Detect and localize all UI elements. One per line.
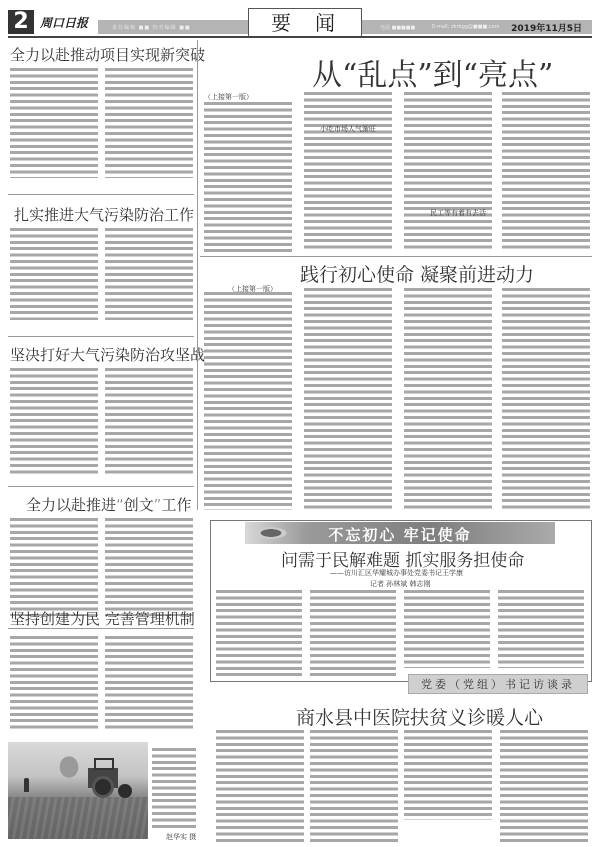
masthead-rule [8, 36, 592, 38]
headline-civilization-work[interactable]: 全力以赴推进“创文”工作 [26, 494, 192, 515]
headline-air-pollution-battle[interactable]: 坚决打好大气污染防治攻坚战 [10, 344, 205, 365]
article-body-column [216, 590, 302, 678]
article-body-column [10, 68, 98, 178]
headline-tcm-hospital[interactable]: 商水县中医院扶贫义诊暖人心 [296, 703, 543, 730]
subhead: 小吃市场人气渐旺 [320, 124, 376, 134]
subhead: 民工等有着有去活 [430, 208, 486, 218]
paper-name: 周口日报 [40, 14, 88, 31]
article-body-column [404, 288, 492, 510]
banner-text: 不忘初心 牢记使命 [245, 524, 555, 545]
column-divider [197, 40, 198, 510]
email: E-mail: zkrbgg@■■■.com [432, 24, 500, 30]
editors-bar: 责任编辑 ■■ 校对编辑 ■■ [98, 20, 248, 34]
edit-phone: 电话 ■■■■■ [380, 24, 415, 31]
article-body-column [404, 590, 490, 668]
article-body-column [310, 590, 396, 678]
divider [8, 486, 194, 487]
masthead: 2 周口日报 责任编辑 ■■ 校对编辑 ■■ 要闻 电话 ■■■■■ E-mai… [8, 8, 592, 36]
headline-chaos-to-highlight[interactable]: 从“乱点”到“亮点” [312, 50, 553, 94]
article-body-column [498, 590, 584, 668]
article-body-column [10, 368, 98, 476]
photo-caption [152, 748, 196, 830]
editors-line: 责任编辑 ■■ 校对编辑 ■■ [112, 24, 191, 31]
headline-original-mission[interactable]: 践行初心使命 凝聚前进动力 [300, 260, 534, 287]
continued-note: （上接第一版） [204, 92, 253, 102]
article-body-column [10, 228, 98, 320]
article-body-column [304, 288, 392, 510]
wheel-icon [118, 784, 132, 798]
article-body-column [204, 292, 292, 510]
divider [200, 256, 592, 257]
article-body-column [216, 730, 304, 842]
article-body-column [502, 288, 590, 510]
person-icon [24, 778, 29, 792]
article-body-column [404, 92, 492, 252]
divider [8, 336, 194, 337]
article-body-column [404, 730, 492, 820]
headline-air-pollution-work[interactable]: 扎实推进大气污染防治工作 [14, 204, 194, 225]
page-number: 2 [8, 10, 34, 34]
article-body-column [105, 228, 193, 320]
article-body-column [105, 68, 193, 178]
column-tag: 党委（党组）书记访谈录 [408, 674, 588, 694]
article-body-column [105, 368, 193, 476]
article-body-column [204, 102, 292, 252]
article-body-column [310, 730, 398, 842]
divider [8, 194, 194, 195]
mission-banner: 不忘初心 牢记使命 [245, 522, 555, 544]
article-body-column [105, 518, 193, 616]
headline-build-for-people[interactable]: 坚持创建为民 完善管理机制 [10, 608, 195, 629]
tree-shape [56, 752, 82, 782]
tractor-photo [8, 742, 148, 839]
contact-bar: 电话 ■■■■■ E-mail: zkrbgg@■■■.com 2019年11月… [362, 20, 592, 34]
article-body-column [500, 730, 588, 842]
interview-subtitle: ——访川汇区华耀城办事处党委书记王学康 [330, 568, 463, 578]
wheel-icon [92, 776, 114, 798]
article-body-column [10, 518, 98, 616]
article-body-column [10, 636, 98, 732]
photo-credit: 赵华实 摄 [166, 832, 196, 842]
article-body-column [502, 92, 590, 252]
issue-date: 2019年11月5日 [511, 21, 582, 34]
headline-project-breakthrough[interactable]: 全力以赴推动项目实现新突破 [10, 44, 205, 65]
article-body-column [105, 636, 193, 732]
article-body-column [304, 92, 392, 252]
tractor-cab-icon [94, 758, 114, 770]
field-shape [8, 797, 148, 839]
section-title: 要闻 [248, 8, 362, 36]
byline: 记者 孙林斌 韩志刚 [370, 579, 430, 589]
